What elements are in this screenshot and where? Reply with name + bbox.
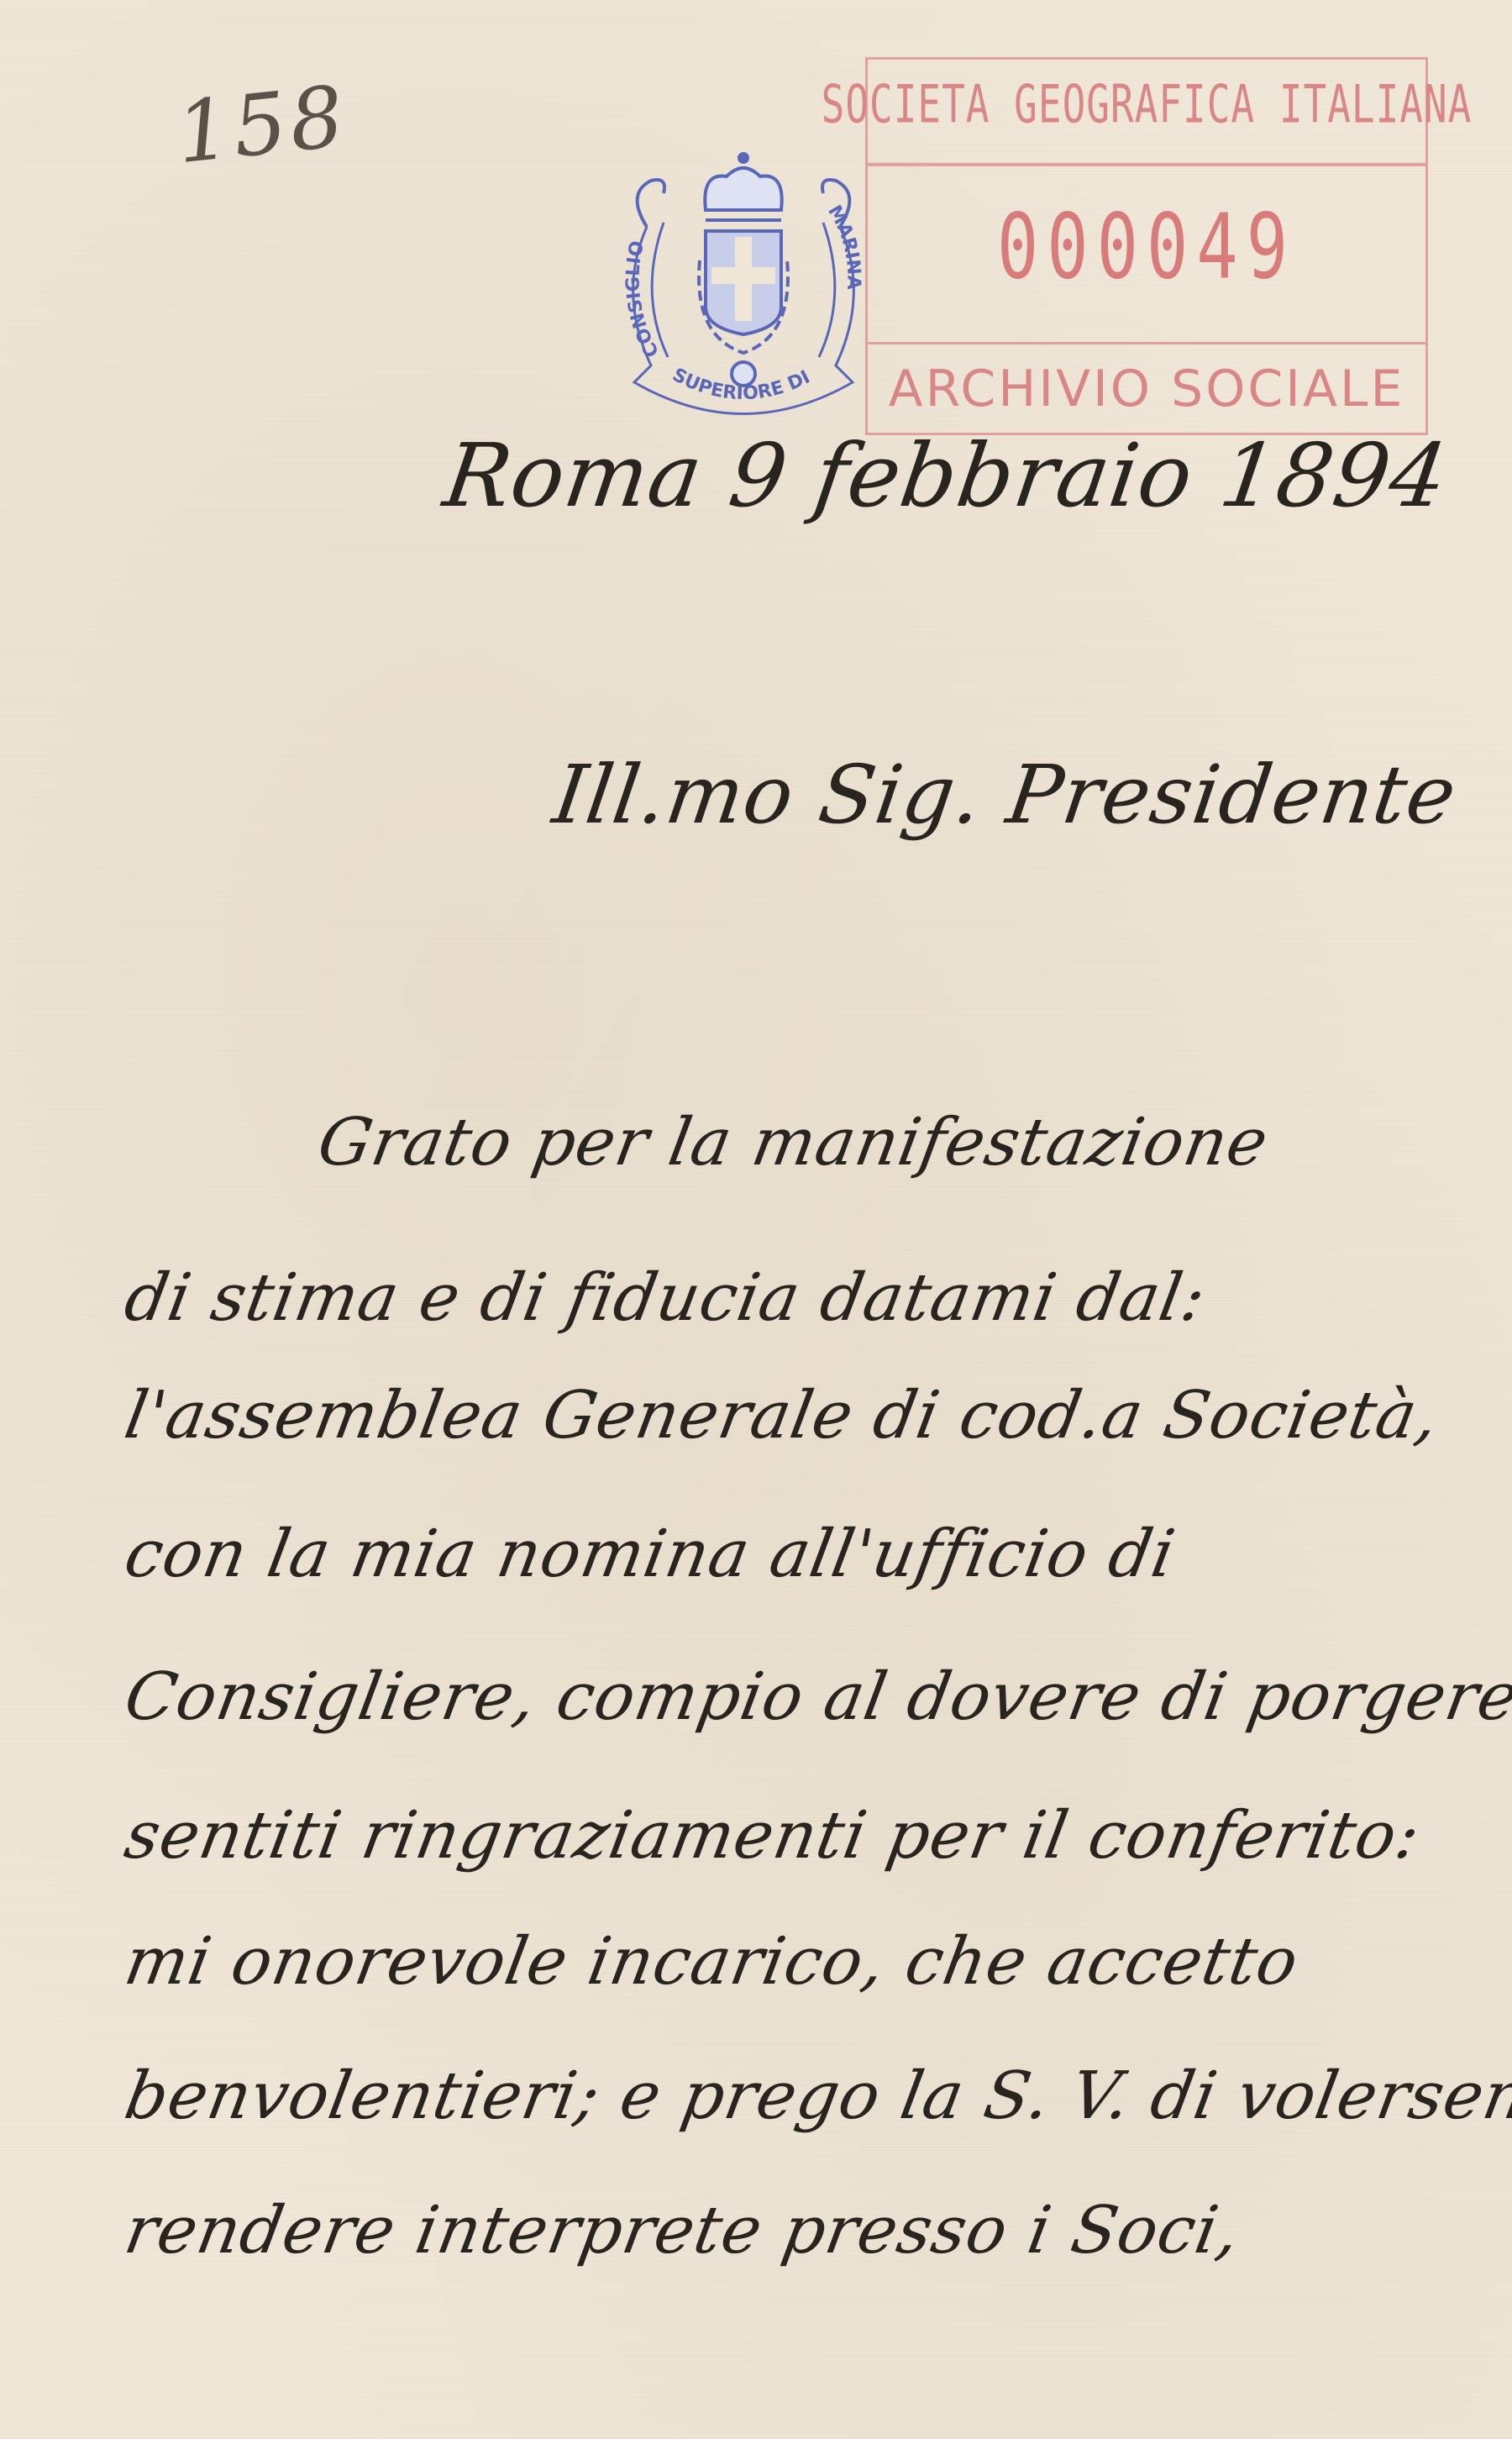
archive-stamp: SOCIETA GEOGRAFICA ITALIANA 000049 ARCHI… [865,57,1428,435]
crest-icon: CONSIGLIO MARINA SUPERIORE DI [601,143,886,433]
crest-emblem: CONSIGLIO MARINA SUPERIORE DI [601,143,886,433]
body-line: mi onorevole incarico, che accetto [119,1924,1304,2000]
body-line: di stima e di fiducia datami dal: [119,1260,1211,1336]
body-line: con la mia nomina all'ufficio di [119,1516,1181,1592]
stamp-number: 000049 [868,122,1425,373]
body-line: l'assemblea Generale di cod.a Società, [119,1378,1445,1453]
body-line: Consigliere, compio al dovere di porgere [119,1659,1512,1735]
letter-page: 158 [0,0,1512,2439]
salutation: Ill.mo Sig. Presidente [548,748,1462,842]
body-line: Grato per la manifestazione [312,1105,1273,1180]
archive-number: 158 [171,67,351,183]
stamp-footer: ARCHIVIO SOCIALE [868,342,1425,433]
dateline: Roma 9 febbraio 1894 [438,424,1453,527]
body-line: benvolentieri; e prego la S. V. di voler… [119,2058,1512,2134]
body-line: rendere interprete presso i Soci, [119,2193,1246,2268]
crest-text-left: CONSIGLIO [622,239,664,360]
svg-text:CONSIGLIO: CONSIGLIO [622,239,664,360]
body-line: sentiti ringraziamenti per il conferito: [119,1798,1425,1874]
